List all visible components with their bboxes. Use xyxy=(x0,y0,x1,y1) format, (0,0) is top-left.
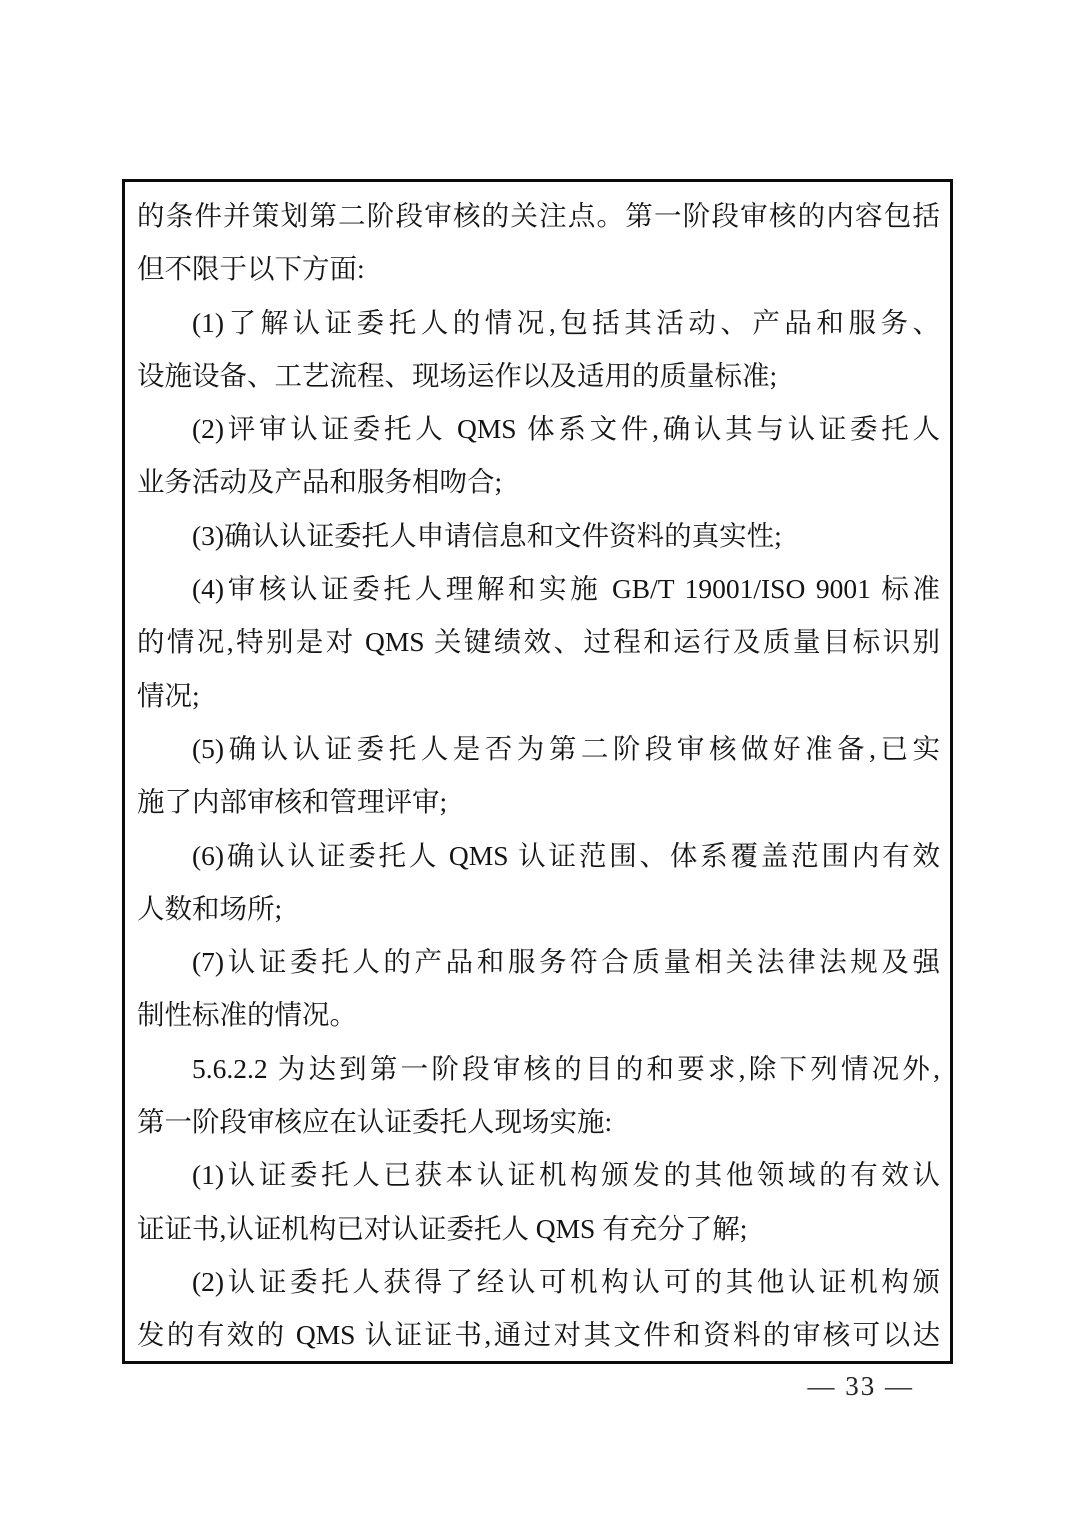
text-line: 的情况,特别是对 QMS 关键绩效、过程和运行及质量目标识别 xyxy=(137,615,940,668)
text-line: 5.6.2.2 为达到第一阶段审核的目的和要求,除下列情况外, xyxy=(137,1042,940,1095)
text-line: (3)确认认证委托人申请信息和文件资料的真实性; xyxy=(137,509,940,562)
text-line: (7)认证委托人的产品和服务符合质量相关法律法规及强 xyxy=(137,935,940,988)
text-line: (2)认证委托人获得了经认可机构认可的其他认证机构颁 xyxy=(137,1255,940,1308)
text-line: (1)认证委托人已获本认证机构颁发的其他领域的有效认 xyxy=(137,1148,940,1201)
text-line: 第一阶段审核应在认证委托人现场实施: xyxy=(137,1095,940,1148)
text-line: 的条件并策划第二阶段审核的关注点。第一阶段审核的内容包括 xyxy=(137,189,940,242)
page-number: — 33 — xyxy=(0,1368,914,1404)
text-border-frame: 的条件并策划第二阶段审核的关注点。第一阶段审核的内容包括 但不限于以下方面: (… xyxy=(122,179,953,1364)
text-line: 情况; xyxy=(137,669,940,722)
text-line: (2)评审认证委托人 QMS 体系文件,确认其与认证委托人 xyxy=(137,402,940,455)
text-line: 设施设备、工艺流程、现场运作以及适用的质量标准; xyxy=(137,349,940,402)
text-line: 证证书,认证机构已对认证委托人 QMS 有充分了解; xyxy=(137,1202,940,1255)
text-line: 制性标准的情况。 xyxy=(137,988,940,1041)
text-line: (6)确认认证委托人 QMS 认证范围、体系覆盖范围内有效 xyxy=(137,829,940,882)
text-line: 业务活动及产品和服务相吻合; xyxy=(137,455,940,508)
text-line: (1)了解认证委托人的情况,包括其活动、产品和服务、 xyxy=(137,296,940,349)
document-page: 的条件并策划第二阶段审核的关注点。第一阶段审核的内容包括 但不限于以下方面: (… xyxy=(0,0,1074,1520)
text-line: 人数和场所; xyxy=(137,882,940,935)
text-line: 施了内部审核和管理评审; xyxy=(137,775,940,828)
text-line: 但不限于以下方面: xyxy=(137,242,940,295)
text-line: (5)确认认证委托人是否为第二阶段审核做好准备,已实 xyxy=(137,722,940,775)
text-line: 发的有效的 QMS 认证证书,通过对其文件和资料的审核可以达 xyxy=(137,1308,940,1361)
text-line: (4)审核认证委托人理解和实施 GB/T 19001/ISO 9001 标准 xyxy=(137,562,940,615)
